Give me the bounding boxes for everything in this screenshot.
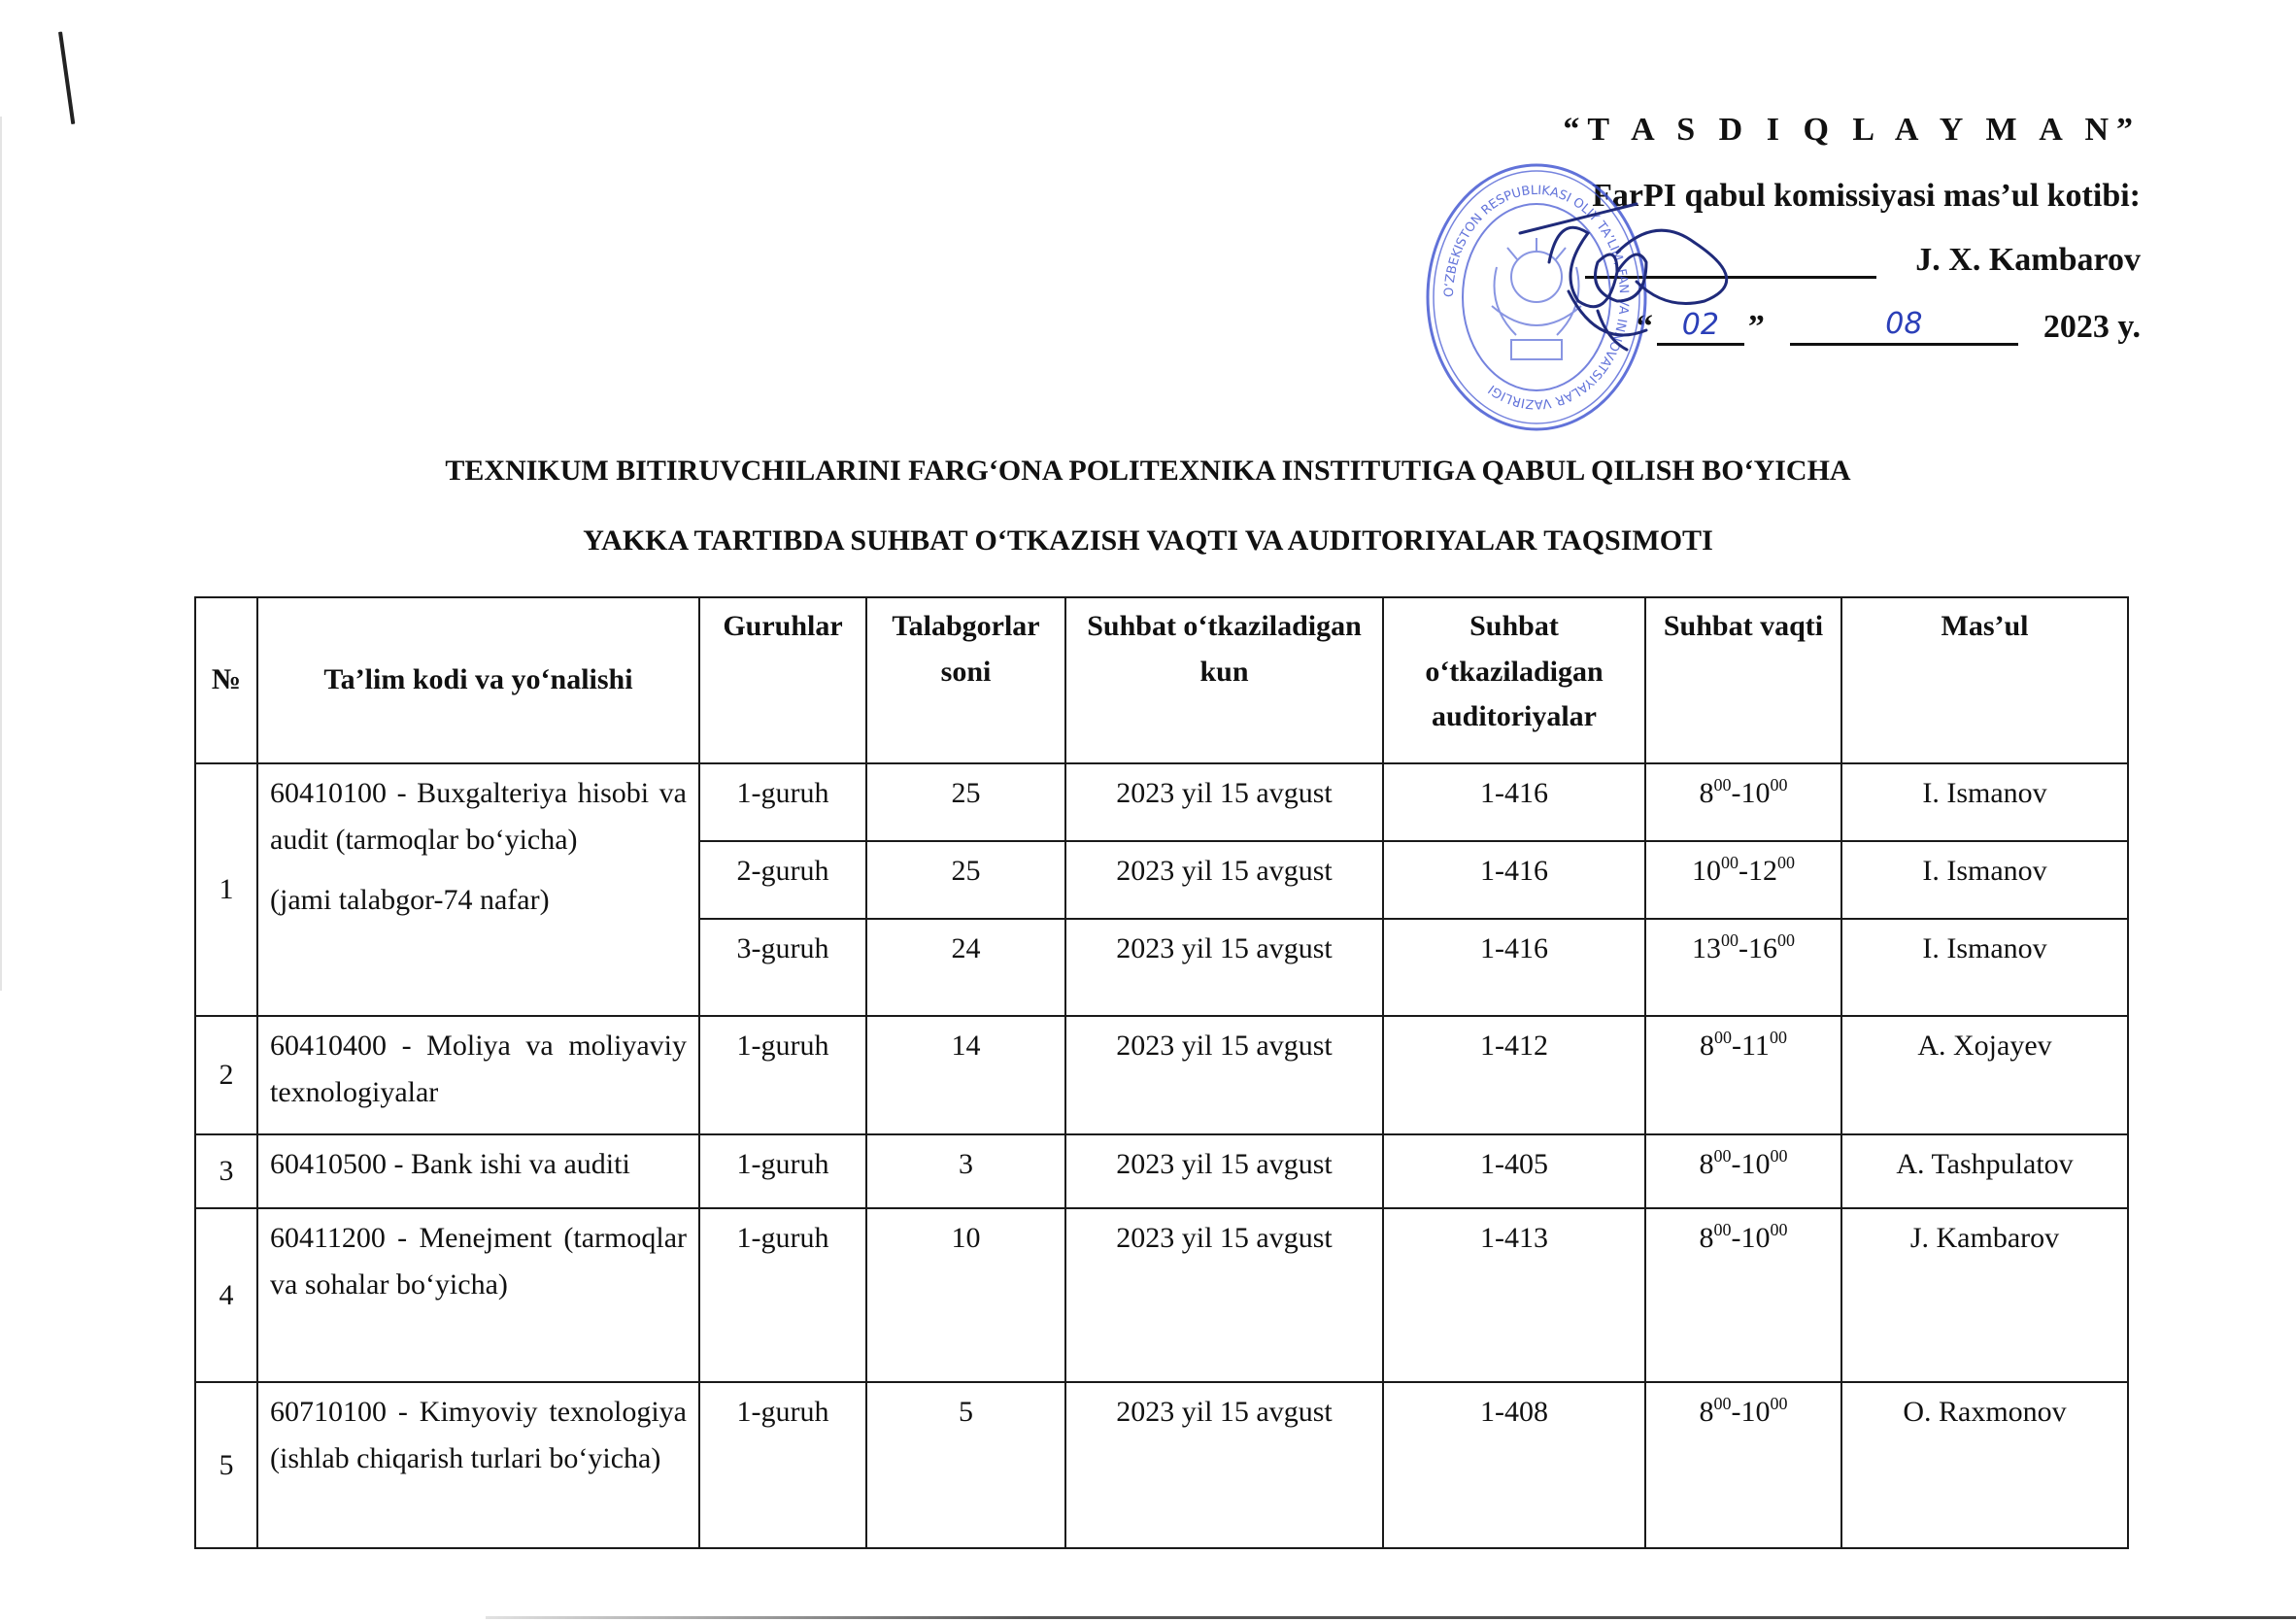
document-title-line1: TEXNIKUM BITIRUVCHILARINI FARG‘ONA POLIT…	[0, 455, 2296, 488]
responsible-cell: A. Tashpulatov	[1841, 1134, 2128, 1208]
room-cell: 1-405	[1383, 1134, 1645, 1208]
group-cell: 1-guruh	[699, 1016, 866, 1134]
approval-block: “T A S D I Q L A Y M A N” FarPI qabul ko…	[1563, 112, 2141, 346]
day-cell: 2023 yil 15 avgust	[1065, 919, 1383, 1016]
table-row: 2 60410400 - Moliya va moliyaviy texnolo…	[195, 1016, 2128, 1134]
applicants-cell: 25	[866, 841, 1065, 919]
applicants-cell: 10	[866, 1208, 1065, 1382]
responsible-cell: I. Ismanov	[1841, 841, 2128, 919]
responsible-cell: I. Ismanov	[1841, 763, 2128, 841]
applicants-cell: 24	[866, 919, 1065, 1016]
document-title-line2: YAKKA TARTIBDA SUHBAT O‘TKAZISH VAQTI VA…	[0, 524, 2296, 558]
table-row: 3 60410500 - Bank ishi va auditi 1-guruh…	[195, 1134, 2128, 1208]
signature-underline	[1585, 256, 1876, 279]
responsible-cell: O. Raxmonov	[1841, 1382, 2128, 1548]
table-row: 1 60410100 - Buxgalteriya hisobi va audi…	[195, 763, 2128, 841]
room-cell: 1-416	[1383, 763, 1645, 841]
quote-open: “	[1637, 309, 1653, 346]
responsible-cell: I. Ismanov	[1841, 919, 2128, 1016]
date-month: 08	[1790, 307, 2018, 346]
group-cell: 3-guruh	[699, 919, 866, 1016]
group-cell: 1-guruh	[699, 1208, 866, 1382]
day-cell: 2023 yil 15 avgust	[1065, 1208, 1383, 1382]
signatory-name: J. X. Kambarov	[1915, 242, 2141, 279]
date-day-field: 02	[1657, 306, 1744, 346]
time-cell: 800-1100	[1645, 1016, 1841, 1134]
group-cell: 1-guruh	[699, 763, 866, 841]
header-applicants: Talabgorlar soni	[866, 597, 1065, 763]
time-cell: 800-1000	[1645, 1382, 1841, 1548]
program-name: 60410400 - Moliya va moliyaviy texnologi…	[257, 1016, 699, 1134]
program-name: 60411200 - Menejment (tarmoqlar va sohal…	[257, 1208, 699, 1382]
time-cell: 800-1000	[1645, 1208, 1841, 1382]
day-cell: 2023 yil 15 avgust	[1065, 1016, 1383, 1134]
header-rooms: Suhbat o‘tkaziladigan auditoriyalar	[1383, 597, 1645, 763]
program-name: 60710100 - Kimyoviy texnologiya (ishlab …	[257, 1382, 699, 1548]
program-name: 60410500 - Bank ishi va auditi	[257, 1134, 699, 1208]
day-cell: 2023 yil 15 avgust	[1065, 1382, 1383, 1548]
date-day-group: “ 02 ”	[1637, 306, 1765, 346]
header-groups: Guruhlar	[699, 597, 866, 763]
approval-role: FarPI qabul komissiyasi mas’ul kotibi:	[1563, 178, 2141, 215]
table-row: 4 60411200 - Menejment (tarmoqlar va soh…	[195, 1208, 2128, 1382]
quote-close: ”	[1748, 309, 1765, 346]
applicants-cell: 25	[866, 763, 1065, 841]
room-cell: 1-416	[1383, 841, 1645, 919]
room-cell: 1-408	[1383, 1382, 1645, 1548]
date-day: 02	[1682, 308, 1719, 342]
applicants-cell: 3	[866, 1134, 1065, 1208]
header-time: Suhbat vaqti	[1645, 597, 1841, 763]
row-number: 2	[195, 1016, 257, 1134]
room-cell: 1-416	[1383, 919, 1645, 1016]
program-note: (jami talabgor-74 nafar)	[270, 877, 687, 924]
interview-schedule-table: № Ta’lim kodi va yo‘nalishi Guruhlar Tal…	[194, 596, 2129, 1549]
table-row: 5 60710100 - Kimyoviy texnologiya (ishla…	[195, 1382, 2128, 1548]
time-cell: 1000-1200	[1645, 841, 1841, 919]
table-header-row: № Ta’lim kodi va yo‘nalishi Guruhlar Tal…	[195, 597, 2128, 763]
applicants-cell: 5	[866, 1382, 1065, 1548]
program-name: 60410100 - Buxgalteriya hisobi va audit …	[270, 770, 687, 863]
day-cell: 2023 yil 15 avgust	[1065, 841, 1383, 919]
scan-mark	[58, 31, 75, 124]
header-program: Ta’lim kodi va yo‘nalishi	[257, 597, 699, 763]
row-number: 4	[195, 1208, 257, 1382]
room-cell: 1-413	[1383, 1208, 1645, 1382]
scan-bottom-edge	[486, 1616, 2296, 1619]
time-cell: 800-1000	[1645, 1134, 1841, 1208]
group-cell: 1-guruh	[699, 1382, 866, 1548]
header-num: №	[195, 597, 257, 763]
applicants-cell: 14	[866, 1016, 1065, 1134]
approval-title: “T A S D I Q L A Y M A N”	[1563, 112, 2141, 149]
row-number: 3	[195, 1134, 257, 1208]
room-cell: 1-412	[1383, 1016, 1645, 1134]
header-responsible: Mas’ul	[1841, 597, 2128, 763]
time-cell: 1300-1600	[1645, 919, 1841, 1016]
signature-line: J. X. Kambarov	[1563, 242, 2141, 279]
group-cell: 1-guruh	[699, 1134, 866, 1208]
group-cell: 2-guruh	[699, 841, 866, 919]
header-day: Suhbat o‘tkaziladigan kun	[1065, 597, 1383, 763]
row-number: 1	[195, 763, 257, 1016]
program-cell: 60410100 - Buxgalteriya hisobi va audit …	[257, 763, 699, 1016]
row-number: 5	[195, 1382, 257, 1548]
day-cell: 2023 yil 15 avgust	[1065, 763, 1383, 841]
responsible-cell: A. Xojayev	[1841, 1016, 2128, 1134]
date-year: 2023 y.	[2043, 309, 2141, 346]
responsible-cell: J. Kambarov	[1841, 1208, 2128, 1382]
time-cell: 800-1000	[1645, 763, 1841, 841]
approval-date: “ 02 ” 08 2023 y.	[1563, 306, 2141, 346]
day-cell: 2023 yil 15 avgust	[1065, 1134, 1383, 1208]
